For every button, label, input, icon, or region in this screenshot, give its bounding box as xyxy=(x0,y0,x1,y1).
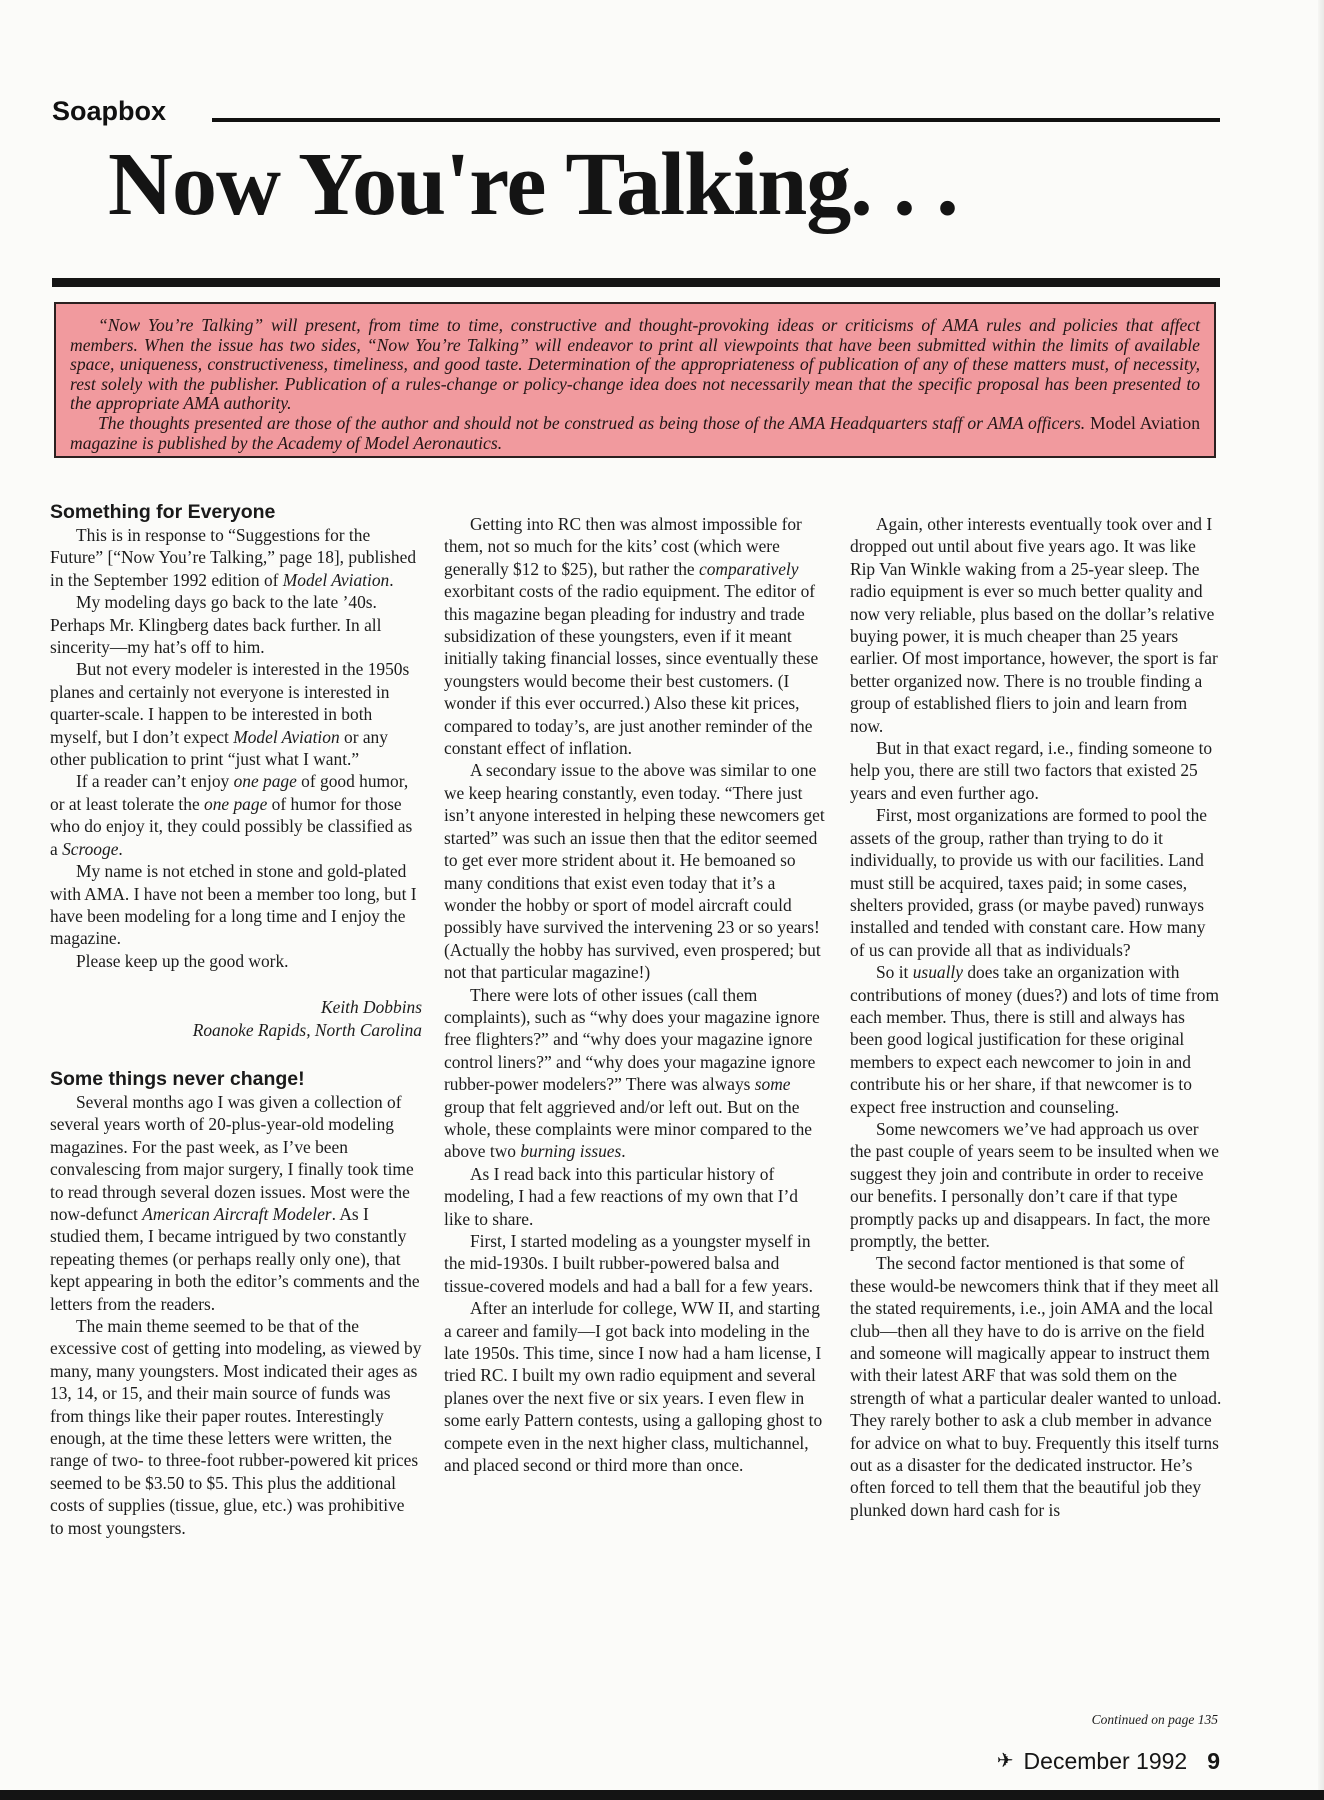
body-paragraph: This is in response to “Suggestions for … xyxy=(50,524,422,591)
body-paragraph: Some newcomers we’ve had approach us ove… xyxy=(850,1118,1222,1252)
italic-text: Model Aviation xyxy=(233,727,339,747)
author-location: Roanoke Rapids, North Carolina xyxy=(50,1019,422,1041)
body-paragraph: But in that exact regard, i.e., finding … xyxy=(850,737,1222,804)
column-3: Again, other interests eventually took o… xyxy=(850,513,1222,1521)
body-paragraph: A secondary issue to the above was simil… xyxy=(444,759,826,983)
body-paragraph: First, I started modeling as a youngster… xyxy=(444,1230,826,1297)
body-paragraph: Again, other interests eventually took o… xyxy=(850,513,1222,737)
page-number: 9 xyxy=(1207,1748,1220,1774)
notice-paragraph-2: The thoughts presented are those of the … xyxy=(70,414,1200,453)
notice-text: The thoughts presented are those of the … xyxy=(98,413,1085,433)
body-paragraph: My modeling days go back to the late ’40… xyxy=(50,591,422,658)
body-paragraph: If a reader can’t enjoy one page of good… xyxy=(50,770,422,860)
body-paragraph: After an interlude for college, WW II, a… xyxy=(444,1297,826,1476)
body-paragraph: The main theme seemed to be that of the … xyxy=(50,1315,422,1539)
notice-text: magazine is published by the Academy of … xyxy=(70,433,502,453)
kicker-rule xyxy=(212,118,1220,122)
italic-text: American Aircraft Modeler xyxy=(142,1204,331,1224)
page-edge xyxy=(1318,0,1324,1800)
body-paragraph: First, most organizations are formed to … xyxy=(850,804,1222,961)
page-footer: ✈ December 1992 9 xyxy=(997,1748,1220,1774)
magazine-name: Model Aviation xyxy=(1090,413,1200,433)
text: If a reader can’t enjoy xyxy=(76,771,234,791)
italic-text: some xyxy=(755,1074,791,1094)
text: . xyxy=(621,1141,625,1161)
notice-paragraph-1: “Now You’re Talking” will present, from … xyxy=(70,316,1200,414)
text: group that felt aggrieved and/or left ou… xyxy=(444,1097,812,1162)
body-paragraph: Getting into RC then was almost impossib… xyxy=(444,513,826,759)
text: exorbitant costs of the radio equipment.… xyxy=(444,581,818,758)
body-paragraph: Several months ago I was given a collect… xyxy=(50,1091,422,1315)
body-paragraph: As I read back into this particular hist… xyxy=(444,1163,826,1230)
airplane-icon: ✈ xyxy=(997,1748,1014,1774)
scan-border xyxy=(0,1790,1324,1800)
letter-heading: Some things never change! xyxy=(50,1067,422,1091)
italic-text: usually xyxy=(913,962,963,982)
body-paragraph: My name is not etched in stone and gold-… xyxy=(50,860,422,950)
italic-text: one page xyxy=(234,771,297,791)
text: . xyxy=(389,570,393,590)
italic-text: burning issues xyxy=(520,1141,621,1161)
editorial-notice-box: “Now You’re Talking” will present, from … xyxy=(54,302,1216,458)
body-paragraph: But not every modeler is interested in t… xyxy=(50,658,422,770)
issue-date: December 1992 xyxy=(1024,1748,1188,1774)
section-header: Soapbox xyxy=(52,96,1220,130)
text: does take an organization with contribut… xyxy=(850,962,1219,1116)
continued-link[interactable]: Continued on page 135 xyxy=(850,1712,1218,1728)
text: So it xyxy=(876,962,913,982)
magazine-page: Soapbox Now You're Talking. . . “Now You… xyxy=(0,0,1324,1800)
body-paragraph: Please keep up the good work. xyxy=(50,950,422,972)
page-title: Now You're Talking. . . xyxy=(108,130,958,240)
column-2: Getting into RC then was almost impossib… xyxy=(444,513,826,1476)
body-paragraph: The second factor mentioned is that some… xyxy=(850,1252,1222,1521)
text: . xyxy=(118,839,122,859)
author-name: Keith Dobbins xyxy=(50,996,422,1018)
letter-heading: Something for Everyone xyxy=(50,500,422,524)
body-paragraph: There were lots of other issues (call th… xyxy=(444,984,826,1163)
italic-text: Model Aviation xyxy=(283,570,389,590)
body-paragraph: So it usually does take an organization … xyxy=(850,961,1222,1118)
column-1: Something for Everyone This is in respon… xyxy=(50,500,422,1539)
italic-text: Scrooge xyxy=(62,839,118,859)
italic-text: comparatively xyxy=(699,559,798,579)
section-kicker: Soapbox xyxy=(52,96,166,126)
italic-text: one page xyxy=(204,794,267,814)
title-rule xyxy=(52,278,1220,287)
